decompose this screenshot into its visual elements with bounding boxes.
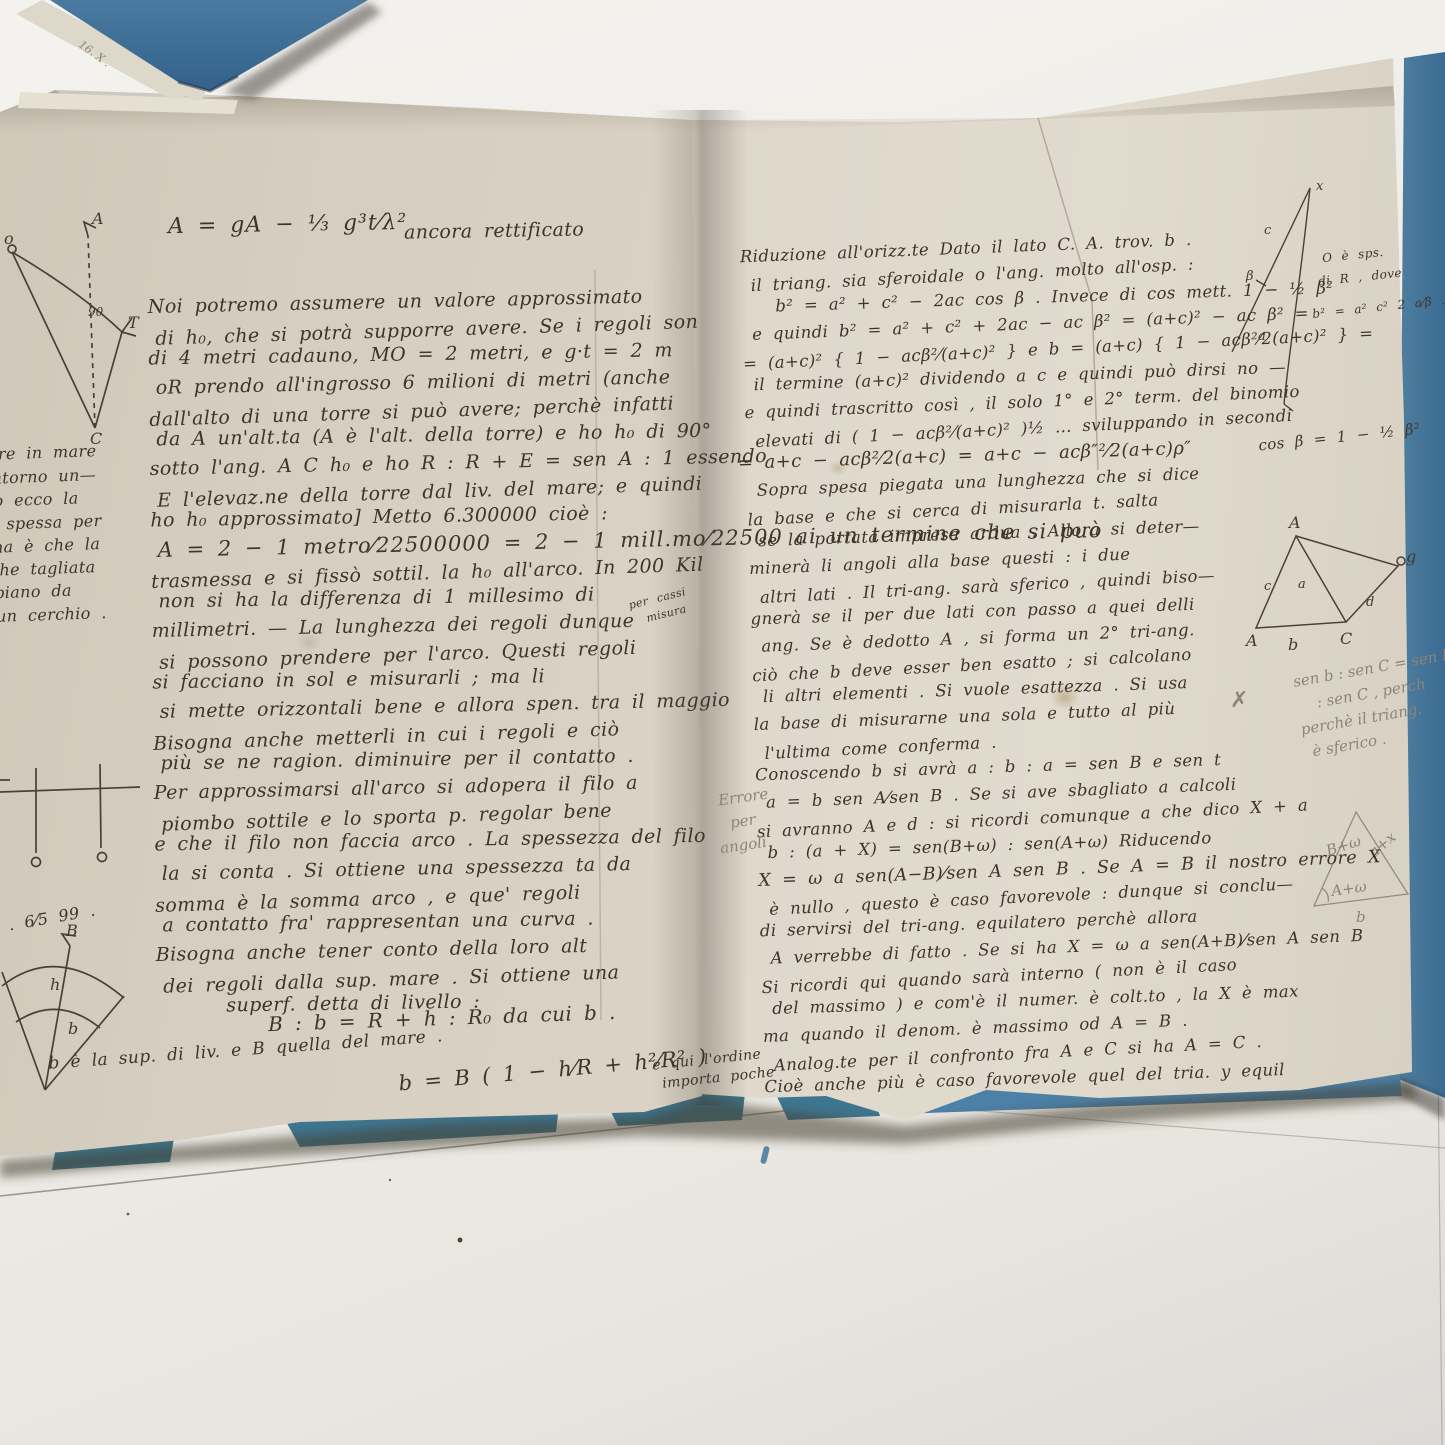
- label-o: o: [4, 229, 14, 248]
- label-t: T: [128, 313, 140, 332]
- blue-cover-top-corner: 16. X .: [16, 0, 382, 101]
- left-top-formula-note: ancora rettificato: [404, 218, 584, 243]
- margin-note-line: ma è che la: [0, 534, 101, 557]
- margin-note-line: che tagliata: [0, 557, 96, 580]
- left-page-chipped-edge: [18, 92, 238, 114]
- label-small-b: b: [68, 1019, 78, 1038]
- right-page-paragraph: Riduzione all'orizz.te Dato il lato C. A…: [739, 223, 1395, 1099]
- margin-note-line: ere in mare: [0, 441, 97, 464]
- pencil-note-line: per: [729, 810, 757, 831]
- margin-note-line: io ecco la: [0, 488, 79, 510]
- left-top-formula: A = gA − ⅓ g³t⁄λ²: [168, 210, 408, 239]
- label-a: A: [90, 209, 104, 228]
- sliver-label-x: x: [1316, 179, 1324, 194]
- margin-note-line: un cerchio .: [0, 603, 107, 626]
- cross-mark: ✗: [1230, 688, 1248, 713]
- margin-note-line: piano da: [0, 581, 72, 603]
- quad-label-g: g: [1406, 547, 1416, 566]
- plumb-bars-diagram: [0, 764, 140, 867]
- margin-note-line: intorno un—: [0, 465, 96, 488]
- label-angle: 90: [88, 305, 104, 319]
- sector-tower-diagram: [8, 222, 136, 428]
- label-h: h: [50, 975, 60, 994]
- manuscript-photo: o A T 90 C B h b x: [0, 0, 1445, 1445]
